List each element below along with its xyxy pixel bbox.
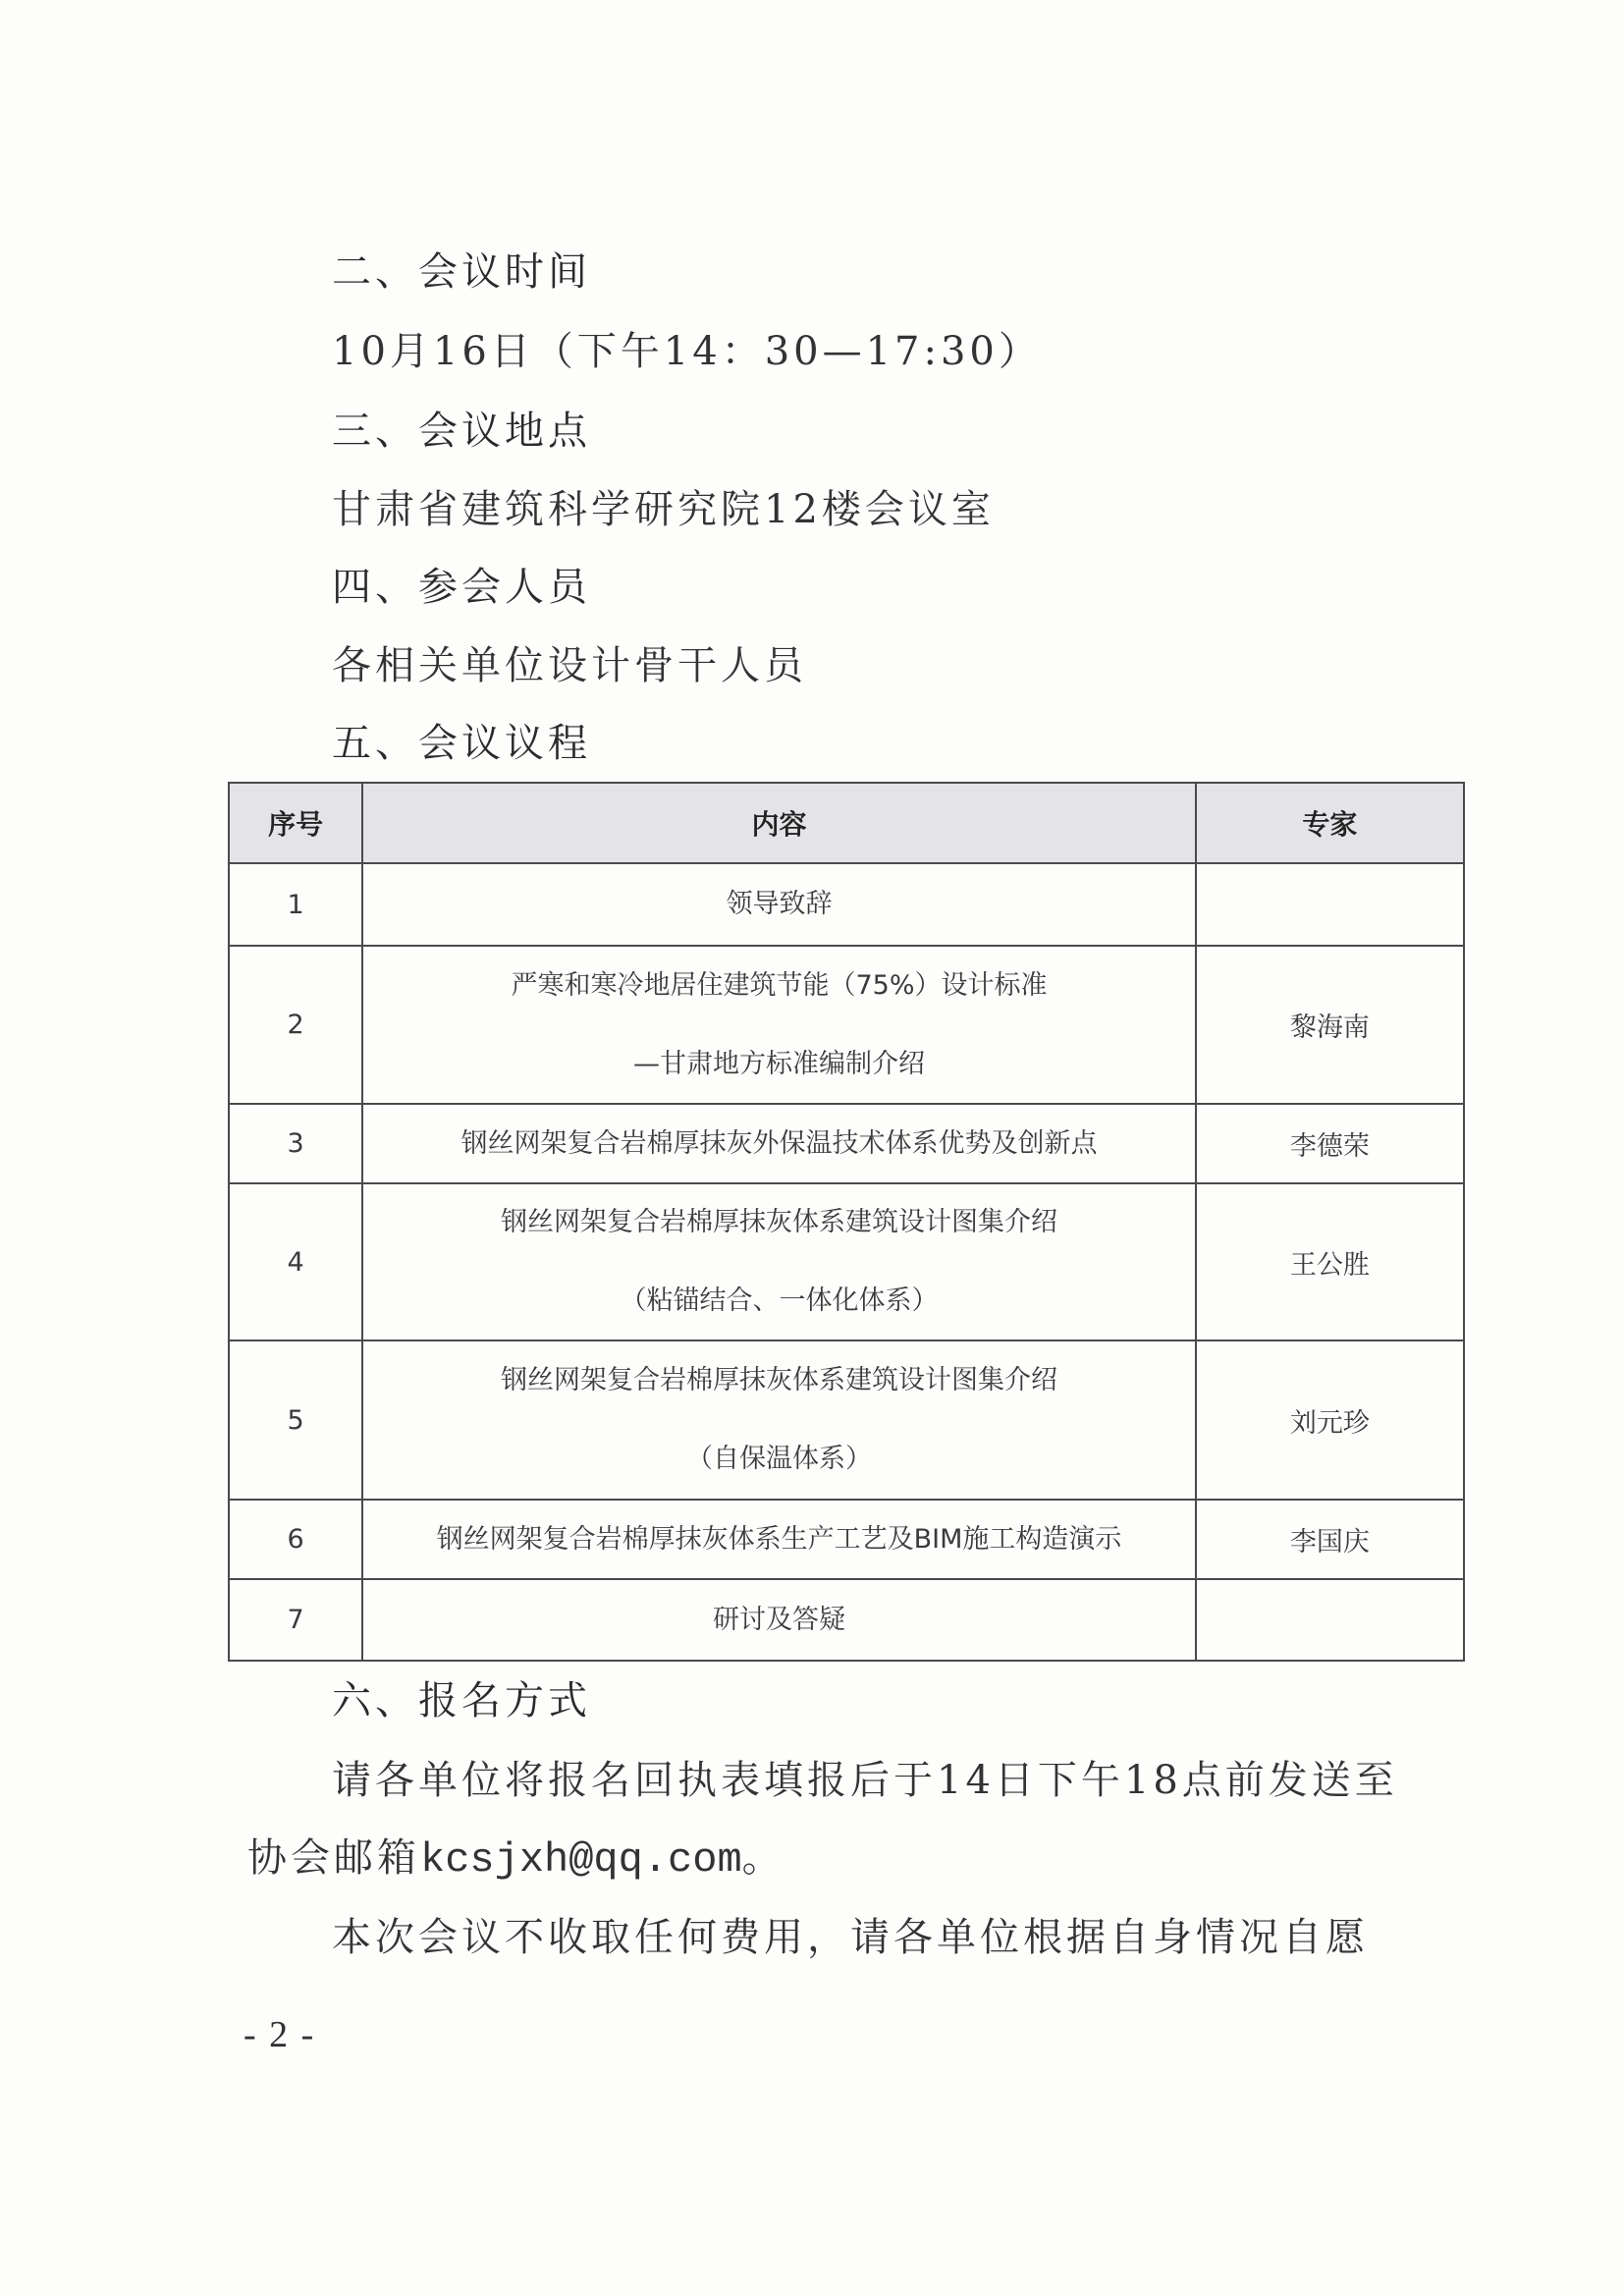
content-line: 钢丝网架复合岩棉厚抹灰体系建筑设计图集介绍 bbox=[363, 1361, 1195, 1400]
column-header-expert: 专家 bbox=[1196, 783, 1464, 863]
agenda-table-header-row: 序号 内容 专家 bbox=[229, 783, 1464, 863]
row-number: 6 bbox=[229, 1500, 362, 1579]
registration-paragraph-line-2: 协会邮箱kcsjxh@qq.com。 bbox=[247, 1833, 785, 1885]
fee-paragraph-line-1: 本次会议不收取任何费用，请各单位根据自身情况自愿 bbox=[332, 1913, 1369, 1962]
content-line: （自保温体系） bbox=[363, 1440, 1195, 1479]
content-line: 领导致辞 bbox=[363, 885, 1195, 924]
content-line: 钢丝网架复合岩棉厚抹灰外保温技术体系优势及创新点 bbox=[363, 1124, 1195, 1164]
agenda-table: 序号 内容 专家 1 领导致辞 2 严寒和寒冷地居住建筑节能（75%）设计标准 … bbox=[228, 782, 1465, 1662]
column-header-content: 内容 bbox=[362, 783, 1196, 863]
content-line: 钢丝网架复合岩棉厚抹灰体系建筑设计图集介绍 bbox=[363, 1203, 1195, 1242]
email-prefix: 协会邮箱 bbox=[247, 1835, 420, 1881]
column-header-no: 序号 bbox=[229, 783, 362, 863]
row-expert: 黎海南 bbox=[1196, 946, 1464, 1104]
section-time-heading: 二、会议时间 bbox=[332, 247, 591, 297]
registration-paragraph-line-1: 请各单位将报名回执表填报后于14日下午18点前发送至 bbox=[332, 1756, 1398, 1805]
email-address: kcsjxh@qq.com bbox=[420, 1836, 742, 1884]
row-number: 4 bbox=[229, 1183, 362, 1340]
email-suffix: 。 bbox=[742, 1835, 785, 1881]
row-expert: 李德荣 bbox=[1196, 1104, 1464, 1183]
meeting-location: 甘肃省建筑科学研究院12楼会议室 bbox=[332, 485, 995, 534]
row-number: 3 bbox=[229, 1104, 362, 1183]
content-line: 严寒和寒冷地居住建筑节能（75%）设计标准 bbox=[363, 966, 1195, 1006]
section-registration-heading: 六、报名方式 bbox=[332, 1676, 591, 1725]
row-content: 钢丝网架复合岩棉厚抹灰体系生产工艺及BIM施工构造演示 bbox=[362, 1500, 1196, 1579]
row-number: 2 bbox=[229, 946, 362, 1104]
table-row: 1 领导致辞 bbox=[229, 863, 1464, 946]
row-content: 严寒和寒冷地居住建筑节能（75%）设计标准 —甘肃地方标准编制介绍 bbox=[362, 946, 1196, 1104]
meeting-attendees: 各相关单位设计骨干人员 bbox=[332, 641, 807, 690]
content-line: 研讨及答疑 bbox=[363, 1601, 1195, 1640]
row-content: 领导致辞 bbox=[362, 863, 1196, 946]
row-number: 1 bbox=[229, 863, 362, 946]
row-content: 钢丝网架复合岩棉厚抹灰体系建筑设计图集介绍 （自保温体系） bbox=[362, 1340, 1196, 1500]
row-expert bbox=[1196, 1579, 1464, 1661]
table-row: 6 钢丝网架复合岩棉厚抹灰体系生产工艺及BIM施工构造演示 李国庆 bbox=[229, 1500, 1464, 1579]
row-number: 5 bbox=[229, 1340, 362, 1500]
table-row: 7 研讨及答疑 bbox=[229, 1579, 1464, 1661]
content-line: 钢丝网架复合岩棉厚抹灰体系生产工艺及BIM施工构造演示 bbox=[363, 1520, 1195, 1559]
row-expert bbox=[1196, 863, 1464, 946]
table-row: 5 钢丝网架复合岩棉厚抹灰体系建筑设计图集介绍 （自保温体系） 刘元珍 bbox=[229, 1340, 1464, 1500]
row-expert: 李国庆 bbox=[1196, 1500, 1464, 1579]
section-location-heading: 三、会议地点 bbox=[332, 407, 591, 456]
meeting-time: 10月16日（下午14：30—17:30） bbox=[332, 327, 1042, 376]
row-expert: 王公胜 bbox=[1196, 1183, 1464, 1340]
row-content: 钢丝网架复合岩棉厚抹灰体系建筑设计图集介绍 （粘锚结合、一体化体系） bbox=[362, 1183, 1196, 1340]
page-number: - 2 - bbox=[243, 2013, 315, 2056]
section-attendees-heading: 四、参会人员 bbox=[332, 563, 591, 612]
row-expert: 刘元珍 bbox=[1196, 1340, 1464, 1500]
row-content: 研讨及答疑 bbox=[362, 1579, 1196, 1661]
table-row: 4 钢丝网架复合岩棉厚抹灰体系建筑设计图集介绍 （粘锚结合、一体化体系） 王公胜 bbox=[229, 1183, 1464, 1340]
section-agenda-heading: 五、会议议程 bbox=[332, 719, 591, 768]
row-number: 7 bbox=[229, 1579, 362, 1661]
table-row: 2 严寒和寒冷地居住建筑节能（75%）设计标准 —甘肃地方标准编制介绍 黎海南 bbox=[229, 946, 1464, 1104]
content-line: （粘锚结合、一体化体系） bbox=[363, 1282, 1195, 1321]
table-row: 3 钢丝网架复合岩棉厚抹灰外保温技术体系优势及创新点 李德荣 bbox=[229, 1104, 1464, 1183]
row-content: 钢丝网架复合岩棉厚抹灰外保温技术体系优势及创新点 bbox=[362, 1104, 1196, 1183]
content-line: —甘肃地方标准编制介绍 bbox=[363, 1045, 1195, 1084]
